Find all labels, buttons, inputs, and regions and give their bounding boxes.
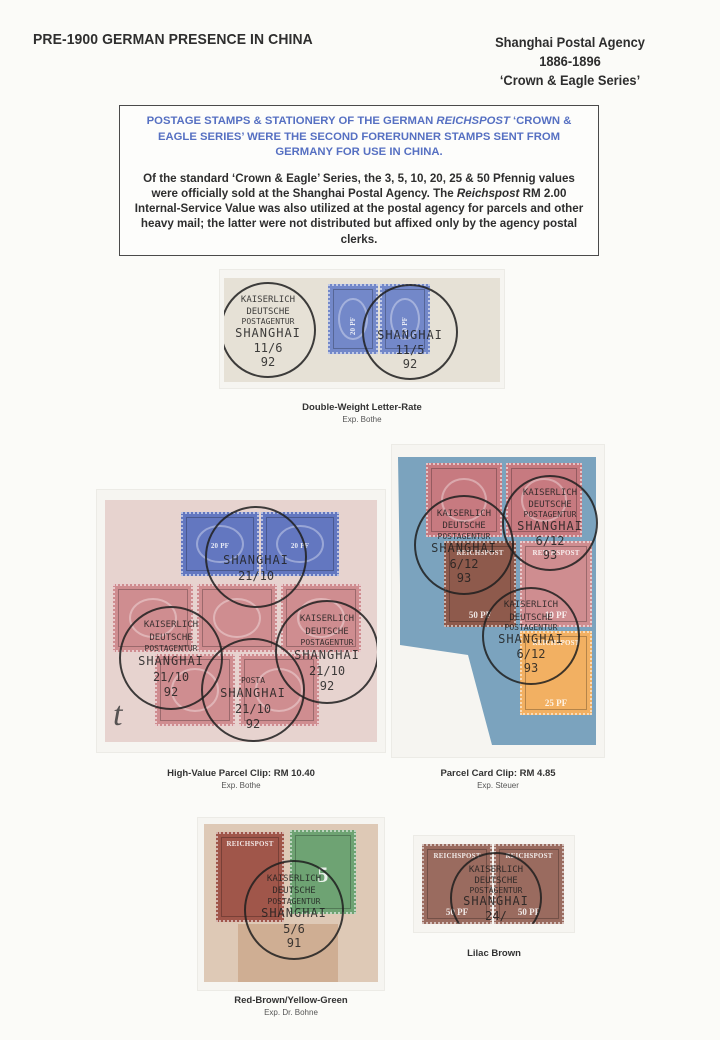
- postmark: SHANGHAI 21/10: [205, 506, 307, 608]
- postmark-line: POSTAGENTUR: [246, 897, 342, 906]
- caption-double-weight: Double-Weight Letter-Rate: [220, 402, 504, 413]
- postmark-top: KAISERLICH: [504, 488, 596, 498]
- postmark-date: 21/10: [277, 664, 377, 678]
- agency-heading: Shanghai Postal Agency 1886-1896 ‘Crown …: [478, 33, 662, 90]
- expertizer-parcel-card: Exp. Steuer: [392, 781, 604, 790]
- postmark-top: KAISERLICH: [246, 874, 342, 884]
- postmark: SHANGHAI 11/5 92: [362, 284, 458, 380]
- postmark-year: 91: [246, 936, 342, 950]
- postmark-top: KAISERLICH: [452, 865, 540, 875]
- postmark-line: DEUTSCHE: [121, 633, 221, 643]
- postmark-line: POSTAGENTUR: [277, 638, 377, 647]
- postmark-line: DEUTSCHE: [224, 307, 314, 317]
- postmark: KAISERLICH DEUTSCHE POSTAGENTUR SHANGHAI…: [275, 600, 377, 704]
- postmark-date: 6/12: [504, 534, 596, 548]
- postmark-top: KAISERLICH: [484, 600, 578, 610]
- postmark-line: DEUTSCHE: [277, 627, 377, 637]
- exhibit-red-brown-green: REICHSPOST 5 KAISERLICH DEUTSCHE POSTAGE…: [198, 818, 384, 990]
- postmark-line: POSTAGENTUR: [121, 644, 221, 653]
- postmark-city: SHANGHAI: [246, 906, 342, 920]
- postmark-city: SHANGHAI: [224, 326, 314, 340]
- postmark-line: DEUTSCHE: [246, 886, 342, 896]
- postmark-date: 21/10: [207, 569, 305, 583]
- postmark-city: SHANGHAI: [207, 553, 305, 567]
- postmark-line: POSTAGENTUR: [504, 510, 596, 519]
- postmark-year: 93: [484, 661, 578, 675]
- page-title: PRE-1900 GERMAN PRESENCE IN CHINA: [33, 31, 313, 48]
- postmark-city: SHANGHAI: [277, 648, 377, 662]
- postmark-date: 21/10: [203, 702, 303, 716]
- postmark-city: SHANGHAI: [452, 894, 540, 908]
- postmark-line: DEUTSCHE: [416, 521, 512, 531]
- agency-name: Shanghai Postal Agency: [478, 33, 662, 52]
- info-intro-italic: REICHSPOST: [436, 115, 509, 127]
- expertizer-double-weight: Exp. Bothe: [220, 415, 504, 424]
- info-box: POSTAGE STAMPS & STATIONERY OF THE GERMA…: [119, 105, 599, 256]
- postmark-top: KAISERLICH: [277, 614, 377, 624]
- postmark: KAISERLICH DEUTSCHE POSTAGENTUR SHANGHAI…: [244, 860, 344, 960]
- clip-piece: 20 PF 20 PF SHANGHAI 21/10 KAISERLICH DE…: [105, 500, 377, 742]
- stamp-label: REICHSPOST: [218, 840, 282, 848]
- info-intro: POSTAGE STAMPS & STATIONERY OF THE GERMA…: [120, 114, 598, 161]
- series-name: ‘Crown & Eagle Series’: [478, 71, 662, 90]
- postmark-year: 92: [224, 355, 314, 369]
- postmark: KAISERLICH DEUTSCHE POSTAGENTUR SHANGHAI…: [482, 587, 580, 685]
- postmark-date: 11/6: [224, 341, 314, 355]
- clip-piece: REICHSPOST 5 KAISERLICH DEUTSCHE POSTAGE…: [204, 824, 378, 982]
- postmark-date: 24/: [452, 909, 540, 923]
- postmark-top: KAISERLICH: [121, 620, 221, 630]
- info-body: Of the standard ‘Crown & Eagle’ Series, …: [120, 171, 598, 247]
- caption-parcel-clip: High-Value Parcel Clip: RM 10.40: [97, 768, 385, 779]
- exhibit-parcel-card: REICHSPOST 50 PF REICHSPOST 10 PF REICHS…: [392, 445, 604, 757]
- postmark: KAISERLICH DEUTSCHE POSTAGENTUR SHANGHAI…: [502, 475, 598, 571]
- exhibit-double-weight: 20 PF 20 PF KAISERLICH DEUTSCHE POSTAGEN…: [220, 270, 504, 388]
- expertizer-parcel-clip: Exp. Bothe: [97, 781, 385, 790]
- stamp-value: 25 PF: [522, 698, 590, 708]
- postmark-line: DEUTSCHE: [504, 500, 596, 510]
- postmark-city: SHANGHAI: [484, 632, 578, 646]
- postmark-line: DEUTSCHE: [452, 876, 540, 886]
- postmark-year: 93: [504, 548, 596, 562]
- postmark-top: KAISERLICH: [224, 295, 314, 305]
- postmark-year: 92: [364, 357, 456, 371]
- agency-years: 1886-1896: [478, 52, 662, 71]
- clip-piece: 20 PF 20 PF KAISERLICH DEUTSCHE POSTAGEN…: [224, 278, 500, 382]
- caption-red-brown-green: Red-Brown/Yellow-Green: [198, 995, 384, 1006]
- postmark-city: SHANGHAI: [364, 328, 456, 342]
- postmark-city: SHANGHAI: [504, 519, 596, 533]
- postmark-line: POSTAGENTUR: [484, 623, 578, 632]
- caption-lilac-brown: Lilac Brown: [414, 948, 574, 959]
- postmark-year: 92: [203, 717, 303, 731]
- exhibit-lilac-brown: REICHSPOST 50 PF REICHSPOST 50 PF KAISER…: [414, 836, 574, 932]
- postmark: KAISERLICH DEUTSCHE POSTAGENTUR SHANGHAI…: [450, 852, 542, 944]
- postmark-year: 92: [277, 679, 377, 693]
- caption-parcel-card: Parcel Card Clip: RM 4.85: [392, 768, 604, 779]
- info-intro-part1: POSTAGE STAMPS & STATIONERY OF THE GERMA…: [147, 115, 437, 127]
- postmark-date: 5/6: [246, 922, 342, 936]
- postmark-line: POSTAGENTUR: [224, 317, 314, 326]
- info-body-italic: Reichspost: [457, 187, 520, 200]
- stamp-value: 20 PF: [349, 303, 357, 349]
- postmark-city: SHANGHAI: [416, 541, 512, 555]
- postmark-year: 93: [416, 571, 512, 585]
- manuscript-mark: t: [113, 696, 122, 734]
- postmark: KAISERLICH DEUTSCHE POSTAGENTUR SHANGHAI…: [414, 495, 514, 595]
- postmark-line: POSTAGENTUR: [452, 886, 540, 895]
- postmark-date: 11/5: [364, 343, 456, 357]
- postmark-date: 6/12: [484, 647, 578, 661]
- postmark-top: KAISERLICH: [416, 509, 512, 519]
- postmark: KAISERLICH DEUTSCHE POSTAGENTUR SHANGHAI…: [224, 282, 316, 378]
- exhibit-parcel-clip: 20 PF 20 PF SHANGHAI 21/10 KAISERLICH DE…: [97, 490, 385, 752]
- postmark-line: POSTAGENTUR: [416, 532, 512, 541]
- postmark-line: DEUTSCHE: [484, 613, 578, 623]
- expertizer-red-brown-green: Exp. Dr. Bohne: [198, 1008, 384, 1017]
- postmark-date: 6/12: [416, 557, 512, 571]
